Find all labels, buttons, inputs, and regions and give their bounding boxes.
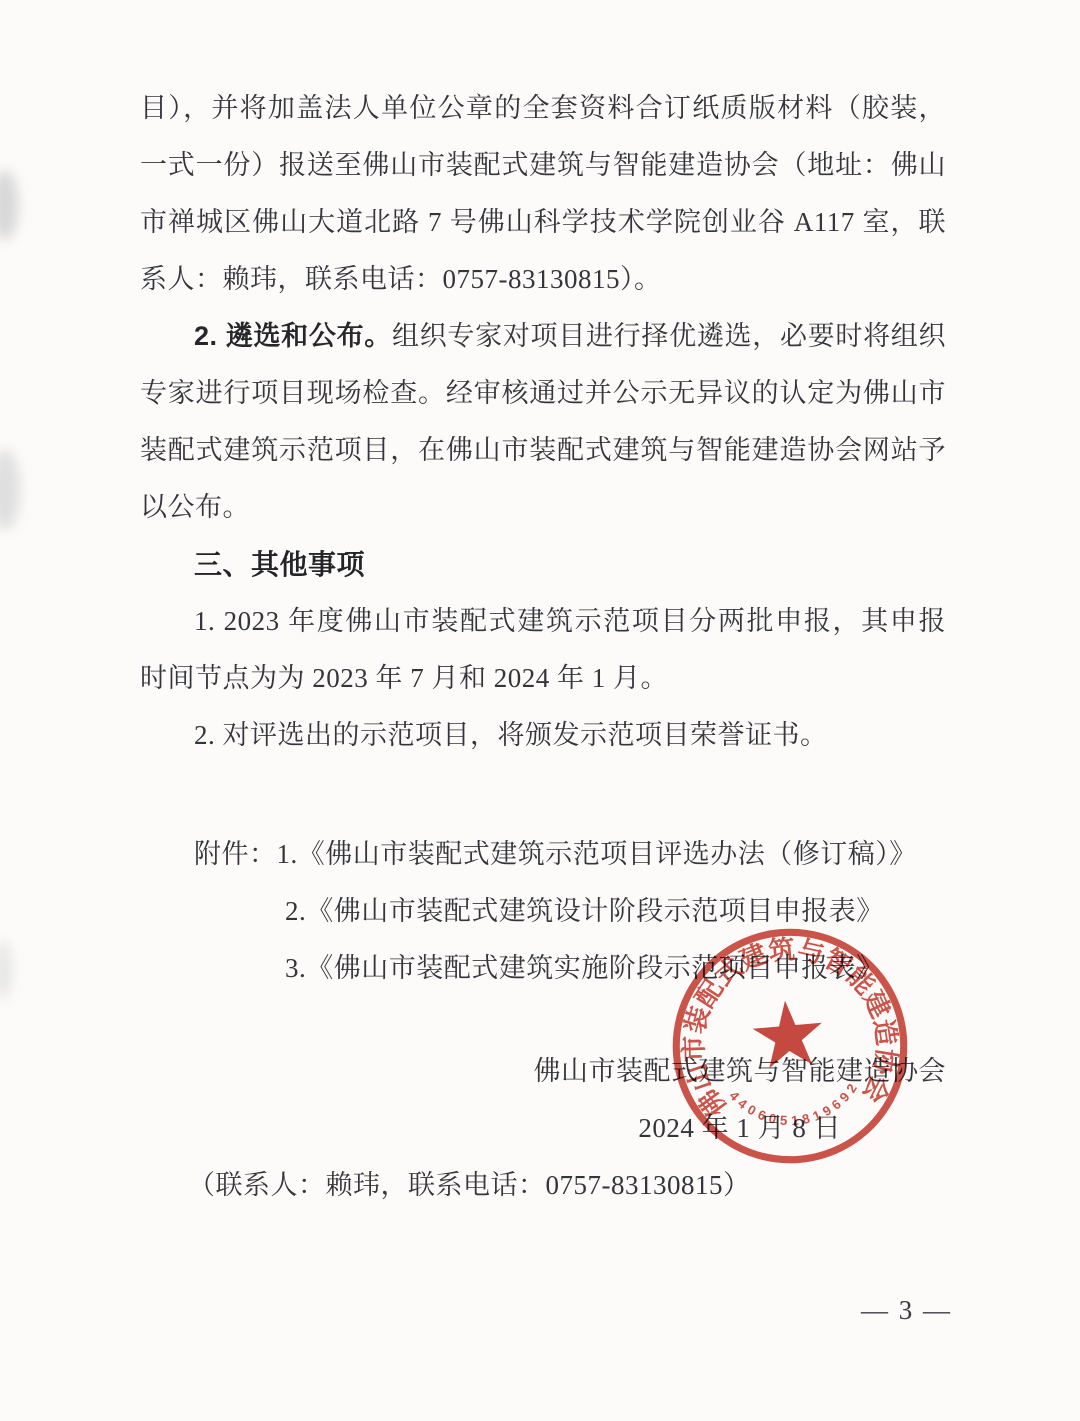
body-line: 以公布。 <box>140 479 946 536</box>
body-line: 装配式建筑示范项目，在佛山市装配式建筑与智能建造协会网站予 <box>140 422 946 479</box>
attachments-block: 附件：1.《佛山市装配式建筑示范项目评选办法（修订稿）》 2.《佛山市装配式建筑… <box>140 826 946 997</box>
paragraph-text: 组织专家对项目进行择优遴选，必要时将组织 <box>392 321 946 351</box>
body-line: 2. 对评选出的示范项目，将颁发示范项目荣誉证书。 <box>140 707 946 764</box>
scan-smudge <box>0 940 12 1000</box>
paragraph-lead-bold: 2. 遴选和公布。 <box>194 321 392 351</box>
body-line: 系人：赖玮，联系电话：0757-83130815）。 <box>140 251 946 308</box>
body-line: 市禅城区佛山大道北路 7 号佛山科学技术学院创业谷 A117 室，联 <box>140 194 946 251</box>
body-line: 1. 2023 年度佛山市装配式建筑示范项目分两批申报，其申报 <box>140 593 946 650</box>
attachment-item: 2.《佛山市装配式建筑设计阶段示范项目申报表》 <box>140 883 946 940</box>
contact-line: （联系人：赖玮，联系电话：0757-83130815） <box>140 1157 946 1214</box>
body-line: 一式一份）报送至佛山市装配式建筑与智能建造协会（地址：佛山 <box>140 137 946 194</box>
body-line: 目），并将加盖法人单位公章的全套资料合订纸质版材料（胶装， <box>140 80 946 137</box>
attachment-line: 附件：1.《佛山市装配式建筑示范项目评选办法（修订稿）》 <box>140 826 946 883</box>
scan-smudge <box>0 170 18 240</box>
body-line: 2. 遴选和公布。组织专家对项目进行择优遴选，必要时将组织 <box>140 308 946 365</box>
body-line: 专家进行项目现场检查。经审核通过并公示无异议的认定为佛山市 <box>140 365 946 422</box>
signature-date: 2024 年 1 月 8 日 <box>534 1100 947 1157</box>
section-heading: 三、其他事项 <box>140 536 946 593</box>
document-page: 目），并将加盖法人单位公章的全套资料合订纸质版材料（胶装， 一式一份）报送至佛山… <box>0 0 1080 1421</box>
body-line: 时间节点为为 2023 年 7 月和 2024 年 1 月。 <box>140 650 946 707</box>
page-number: — 3 — <box>861 1290 952 1330</box>
signer-organization: 佛山市装配式建筑与智能建造协会 <box>534 1043 947 1100</box>
scan-smudge <box>0 450 20 530</box>
document-body: 目），并将加盖法人单位公章的全套资料合订纸质版材料（胶装， 一式一份）报送至佛山… <box>140 80 946 1214</box>
attachment-item: 1.《佛山市装配式建筑示范项目评选办法（修订稿）》 <box>277 839 917 869</box>
signature-block: 佛山市装配式建筑与智能建造协会 2024 年 1 月 8 日 <box>534 1043 947 1157</box>
attachments-label: 附件： <box>194 839 277 869</box>
attachment-item: 3.《佛山市装配式建筑实施阶段示范项目申报表》 <box>140 940 946 997</box>
